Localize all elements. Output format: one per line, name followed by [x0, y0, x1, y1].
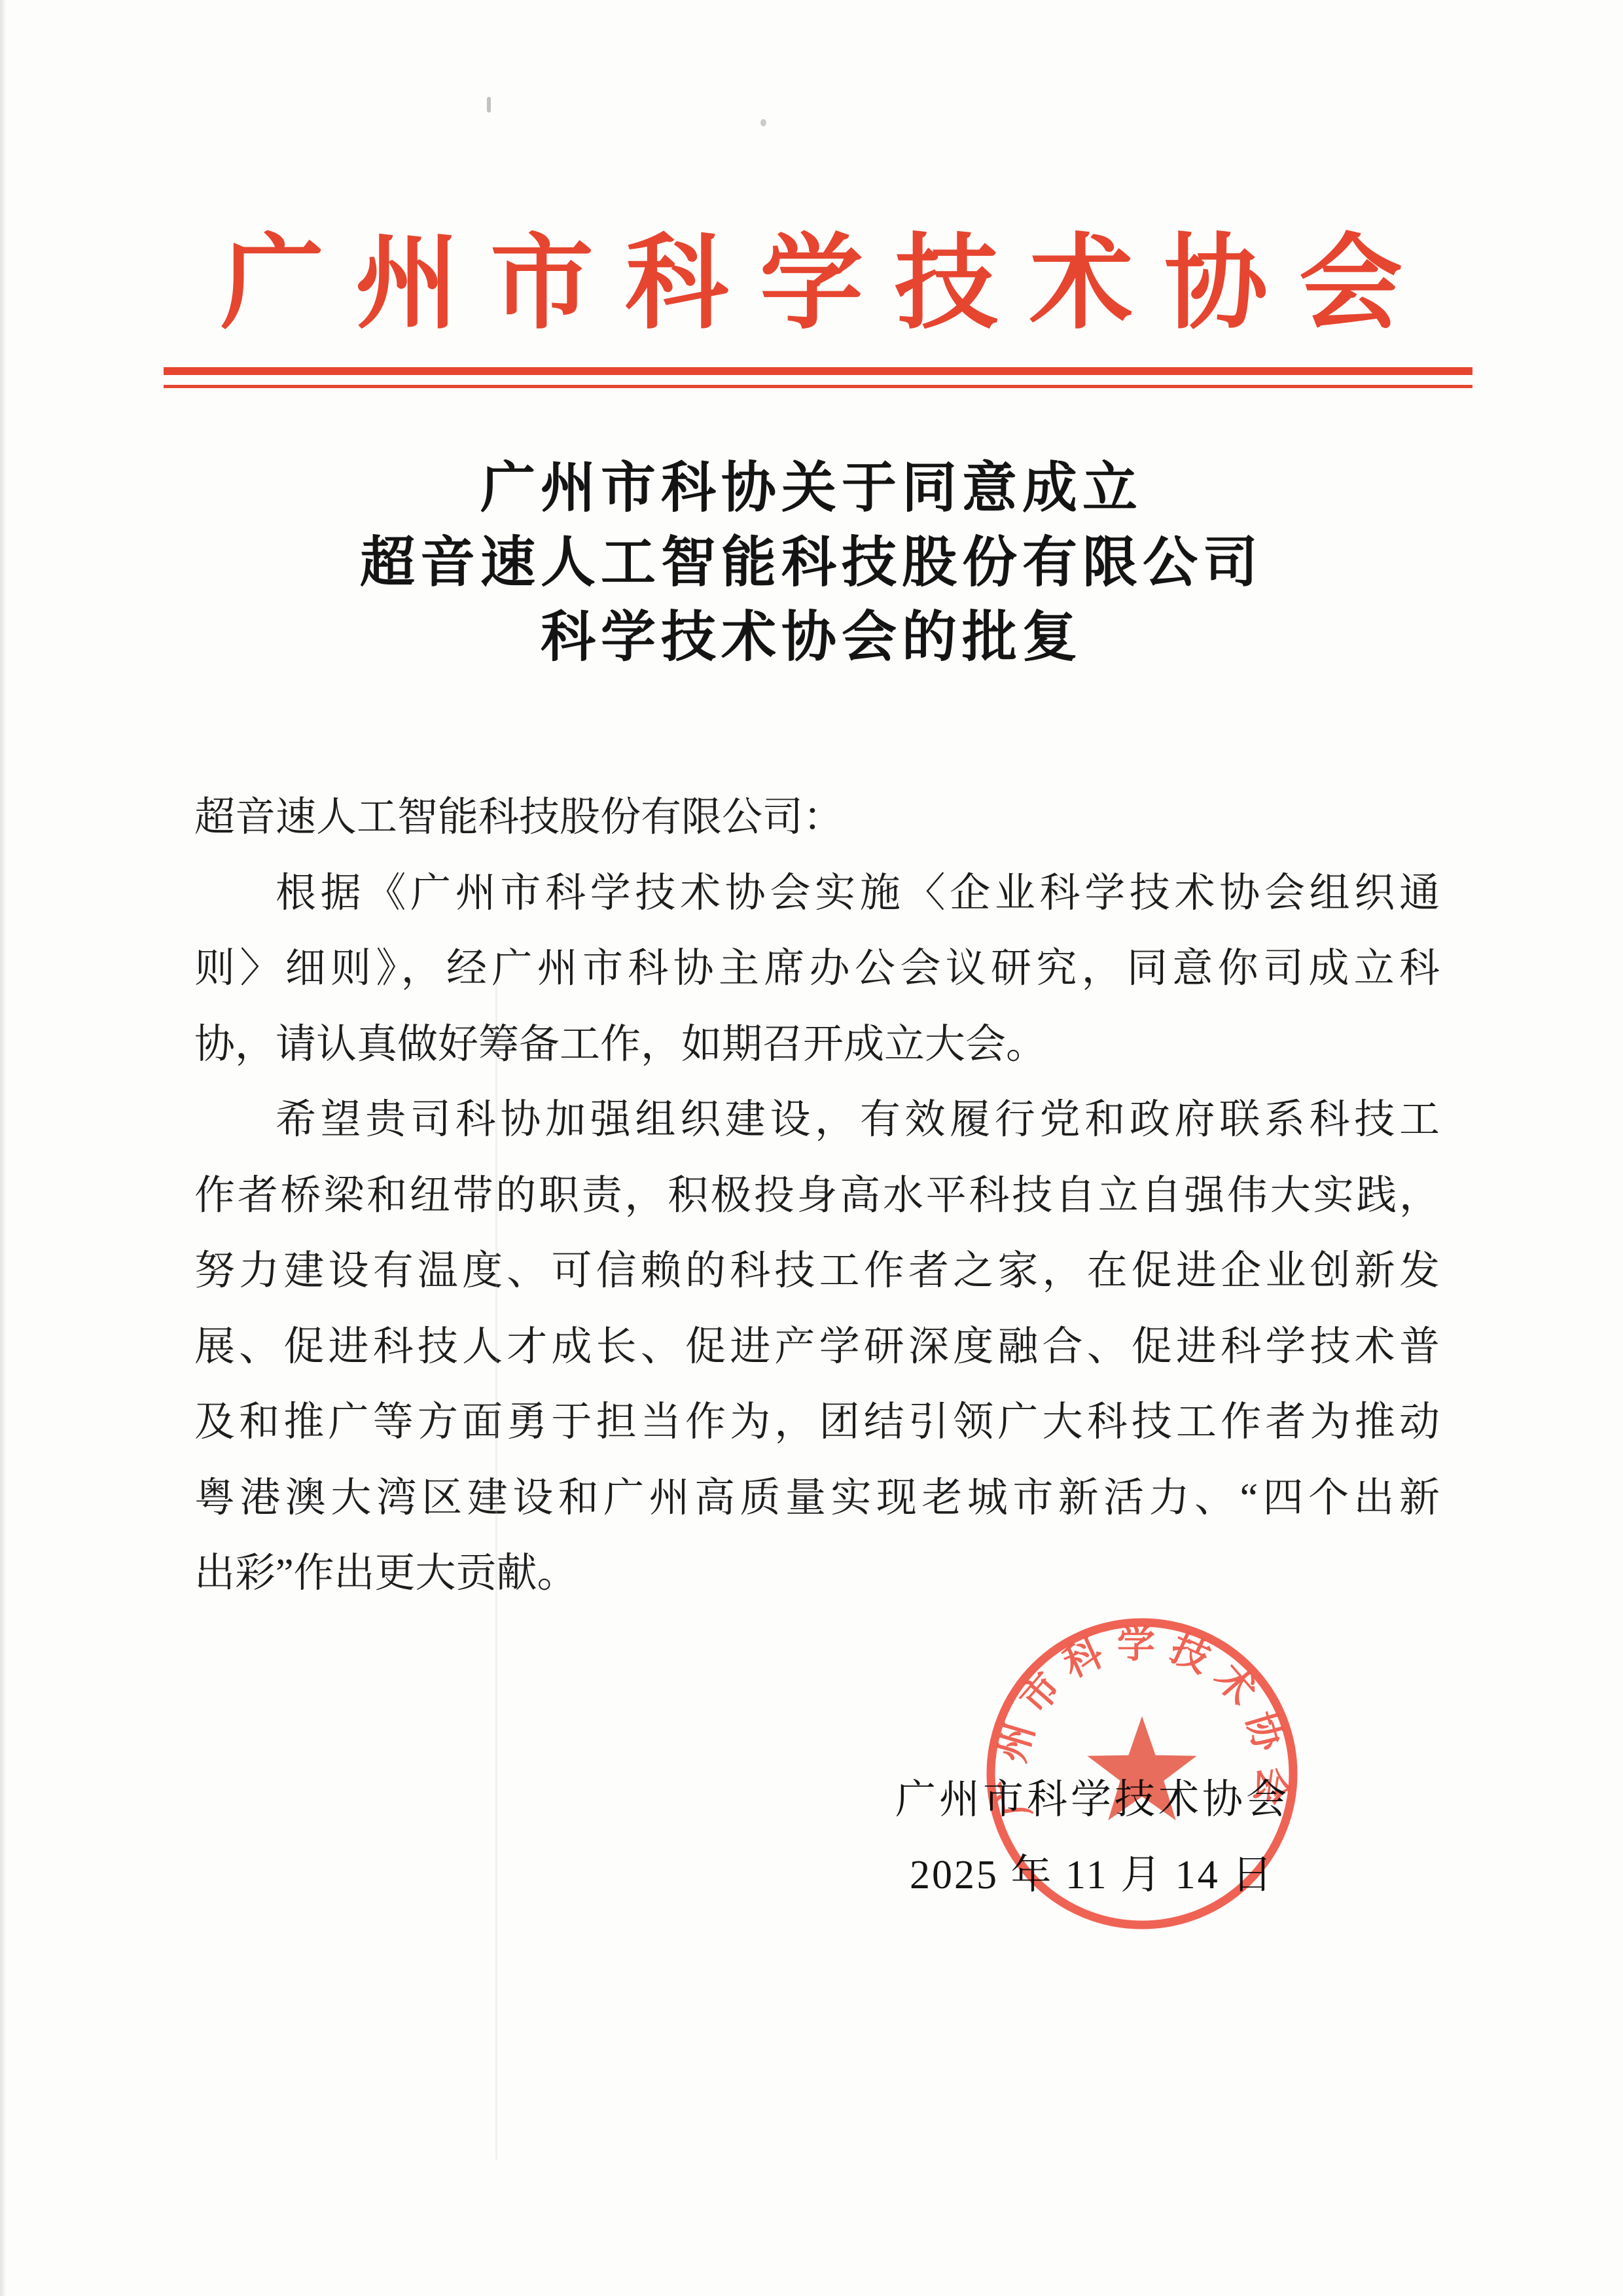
- body-line: 粤港澳大湾区建设和广州高质量实现老城市新活力、“四个出新: [194, 1461, 1440, 1537]
- body-line: 及和推广等方面勇于担当作为，团结引领广大科技工作者为推动: [194, 1385, 1440, 1461]
- document-title-line: 科学技术协会的批复: [0, 601, 1623, 675]
- seal-star-icon: [1087, 1716, 1196, 1820]
- body-line: 则〉细则》，经广州市科协主席办公会议研究，同意你司成立科: [194, 931, 1440, 1007]
- body-line: 努力建设有温度、可信赖的科技工作者之家，在促进企业创新发: [194, 1234, 1440, 1310]
- body-line: 希望贵司科协加强组织建设，有效履行党和政府联系科技工: [194, 1083, 1440, 1158]
- scan-streak: [495, 982, 497, 2160]
- body-line: 超音速人工智能科技股份有限公司：: [194, 780, 1440, 856]
- letterhead-rule-thin: [164, 385, 1472, 388]
- body-line: 出彩”作出更大贡献。: [194, 1536, 1440, 1612]
- letterhead-rule-thick: [164, 367, 1472, 375]
- document-title: 广州市科协关于同意成立 超音速人工智能科技股份有限公司 科学技术协会的批复: [0, 452, 1623, 675]
- letter-body: 超音速人工智能科技股份有限公司：根据《广州市科学技术协会实施〈企业科学技术协会组…: [194, 780, 1440, 1612]
- body-line: 作者桥梁和纽带的职责，积极投身高水平科技自立自强伟大实践，: [194, 1158, 1440, 1234]
- official-seal-stamp: 广州市科学技术协会: [985, 1617, 1299, 1931]
- body-line: 根据《广州市科学技术协会实施〈企业科学技术协会组织通: [194, 856, 1440, 932]
- body-line: 展、促进科技人才成长、促进产学研深度融合、促进科学技术普: [194, 1310, 1440, 1386]
- scanned-letter-page: 广州市科学技术协会 广州市科协关于同意成立 超音速人工智能科技股份有限公司 科学…: [0, 0, 1623, 2296]
- document-title-line: 广州市科协关于同意成立: [0, 452, 1623, 526]
- scan-speck: [487, 97, 491, 113]
- body-line: 协，请认真做好筹备工作，如期召开成立大会。: [194, 1007, 1440, 1083]
- scan-speck: [760, 119, 766, 126]
- document-title-line: 超音速人工智能科技股份有限公司: [0, 526, 1623, 601]
- letterhead-org-name: 广州市科学技术协会: [0, 233, 1623, 336]
